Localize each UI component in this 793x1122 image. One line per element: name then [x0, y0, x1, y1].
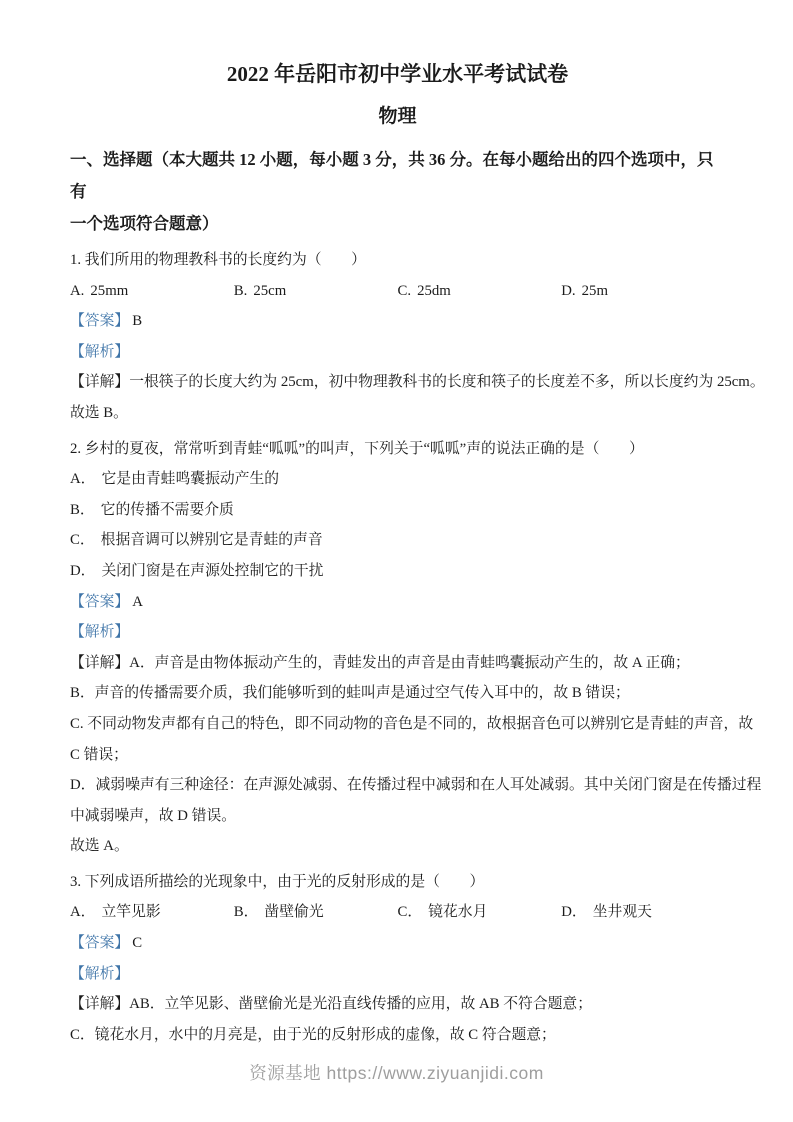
option-label: A．	[70, 471, 95, 487]
question-2-analysis-label: 【解析】	[70, 617, 725, 648]
option-label: D．	[70, 563, 95, 579]
question-2-detail-line-7: 故选 A。	[70, 831, 725, 862]
option-text: 25m	[582, 283, 608, 299]
option-label: A．	[70, 904, 95, 920]
question-3-option-d: D．坐井观天	[561, 897, 725, 928]
option-label: B.	[234, 283, 248, 299]
option-text: 关闭门窗是在声源处控制它的干扰	[101, 563, 323, 579]
page-title: 2022 年岳阳市初中学业水平考试试卷	[70, 62, 725, 86]
question-2-option-c: C．根据音调可以辨别它是青蛙的声音	[70, 525, 725, 556]
question-1-option-a: A.25mm	[70, 276, 234, 307]
question-1-option-c: C.25dm	[398, 276, 562, 307]
question-3-detail-line-1: 【详解】AB．立竿见影、凿壁偷光是光沿直线传播的应用，故 AB 不符合题意；	[70, 989, 725, 1020]
question-1-options: A.25mm B.25cm C.25dm D.25m	[70, 276, 725, 307]
option-text: 坐井观天	[593, 904, 652, 920]
question-2-detail-line-1: 【详解】A．声音是由物体振动产生的，青蛙发出的声音是由青蛙鸣囊振动产生的，故 A…	[70, 648, 725, 679]
option-label: C．	[70, 532, 95, 548]
question-2-stem: 2. 乡村的夏夜，常常听到青蛙“呱呱”的叫声，下列关于“呱呱”声的说法正确的是（…	[70, 434, 725, 465]
document-content: 2022 年岳阳市初中学业水平考试试卷 物理 一、选择题（本大题共 12 小题，…	[0, 0, 793, 1050]
option-text: 立竿见影	[101, 904, 160, 920]
option-text: 镜花水月	[428, 904, 487, 920]
question-2-answer-line: 【答案】A	[70, 587, 725, 618]
question-1-option-d: D.25m	[561, 276, 725, 307]
answer-value: A	[132, 594, 143, 610]
option-text: 25dm	[417, 283, 451, 299]
exam-document-page: 2022 年岳阳市初中学业水平考试试卷 物理 一、选择题（本大题共 12 小题，…	[0, 0, 793, 1122]
option-label: B．	[70, 502, 95, 518]
answer-label: 【答案】	[70, 313, 129, 329]
question-1-option-b: B.25cm	[234, 276, 398, 307]
answer-value: C	[132, 935, 142, 951]
question-3-analysis-label: 【解析】	[70, 959, 725, 990]
question-1-analysis-label: 【解析】	[70, 337, 725, 368]
question-2-option-a: A．它是由青蛙鸣囊振动产生的	[70, 464, 725, 495]
option-label: B．	[234, 904, 259, 920]
subject-title: 物理	[70, 106, 725, 128]
question-3-detail-line-2: C．镜花水月，水中的月亮是，由于光的反射形成的虚像，故 C 符合题意；	[70, 1020, 725, 1051]
question-2-detail-line-4: C 错误；	[70, 740, 725, 771]
answer-value: B	[132, 313, 142, 329]
option-text: 它的传播不需要介质	[101, 502, 234, 518]
question-2-option-b: B．它的传播不需要介质	[70, 495, 725, 526]
question-3-option-b: B．凿壁偷光	[234, 897, 398, 928]
option-label: A.	[70, 283, 84, 299]
question-1-detail-line-1: 【详解】一根筷子的长度大约为 25cm，初中物理教科书的长度和筷子的长度差不多，…	[70, 367, 725, 398]
option-label: D.	[561, 283, 575, 299]
option-text: 25cm	[253, 283, 286, 299]
question-3-option-a: A．立竿见影	[70, 897, 234, 928]
question-3-answer-line: 【答案】C	[70, 928, 725, 959]
question-3-option-c: C．镜花水月	[398, 897, 562, 928]
section-heading-line-2: 一个选项符合题意）	[70, 208, 725, 240]
question-2-detail-line-6: 中减弱噪声，故 D 错误。	[70, 801, 725, 832]
question-3-options: A．立竿见影 B．凿壁偷光 C．镜花水月 D．坐井观天	[70, 897, 725, 928]
answer-label: 【答案】	[70, 935, 129, 951]
option-label: D．	[561, 904, 586, 920]
option-text: 根据音调可以辨别它是青蛙的声音	[101, 532, 323, 548]
question-2-detail-line-3: C. 不同动物发声都有自己的特色，即不同动物的音色是不同的，故根据音色可以辨别它…	[70, 709, 725, 740]
option-label: C.	[398, 283, 412, 299]
footer-watermark: 资源基地 https://www.ziyuanjidi.com	[0, 1060, 793, 1085]
question-3-stem: 3. 下列成语所描绘的光现象中，由于光的反射形成的是（ ）	[70, 867, 725, 898]
question-1-detail-line-2: 故选 B。	[70, 398, 725, 429]
question-2-option-d: D．关闭门窗是在声源处控制它的干扰	[70, 556, 725, 587]
question-1-answer-line: 【答案】B	[70, 306, 725, 337]
section-heading-line-1: 一、选择题（本大题共 12 小题，每小题 3 分，共 36 分。在每小题给出的四…	[70, 144, 725, 208]
question-2-detail-line-2: B．声音的传播需要介质，我们能够听到的蛙叫声是通过空气传入耳中的，故 B 错误；	[70, 678, 725, 709]
question-1-stem: 1. 我们所用的物理教科书的长度约为（ ）	[70, 245, 725, 276]
option-text: 凿壁偷光	[264, 904, 323, 920]
option-label: C．	[398, 904, 423, 920]
question-2-detail-line-5: D．减弱噪声有三种途径：在声源处减弱、在传播过程中减弱和在人耳处减弱。其中关闭门…	[70, 770, 725, 801]
option-text: 它是由青蛙鸣囊振动产生的	[101, 471, 279, 487]
answer-label: 【答案】	[70, 594, 129, 610]
option-text: 25mm	[90, 283, 128, 299]
